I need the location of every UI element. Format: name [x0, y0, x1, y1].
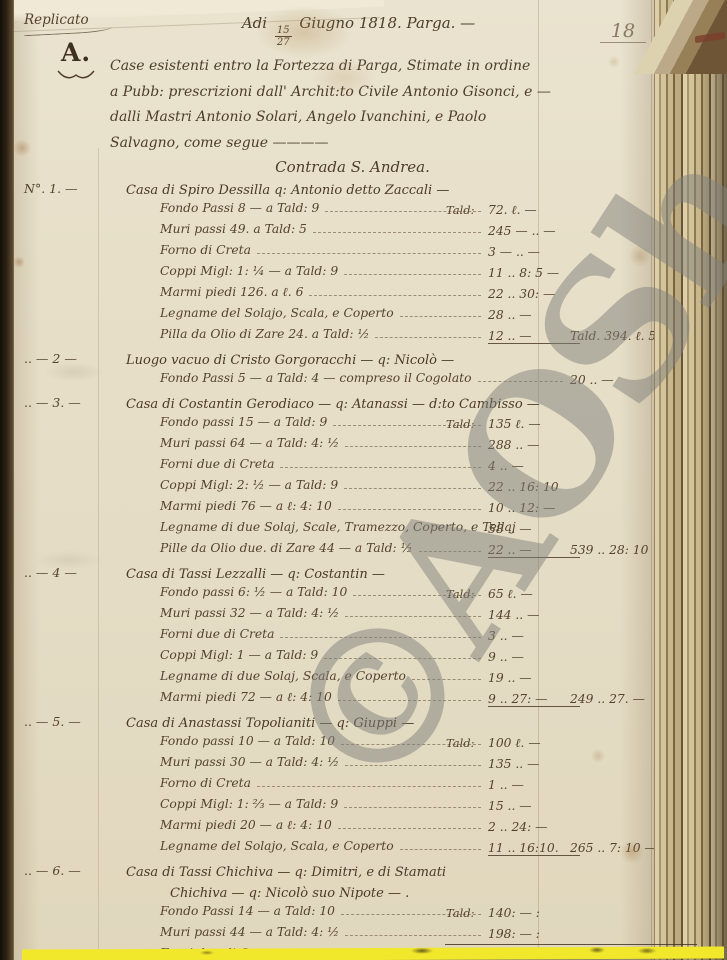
amount-value: 288 .. — — [488, 438, 580, 452]
date-line: Adi 15 27 Giugno 1818. Parga. — — [80, 12, 637, 48]
leader-line — [257, 253, 481, 254]
entry-body: Casa di Spiro Dessilla q: Antonio detto … — [108, 180, 665, 348]
valuation-line: Fondo Passi 14 — a Tald: 10Tald:140: — : — [108, 904, 665, 925]
valuation-line: Muri passi 32 — a Tald: 4: ½144 .. — — [108, 606, 665, 627]
valuation-label: Coppi Migl: 1: ⅔ — a Tald: 9 — [108, 797, 338, 811]
valuation-label: Fondo passi 15 — a Tald: 9 — [108, 415, 327, 429]
valuation-line: Muri passi 44 — a Tald: 4: ½198: — : — [108, 925, 665, 946]
valuation-label: Legname del Solajo, Scala, e Coperto — [108, 839, 394, 853]
entry-title-continued: Chichiva — q: Nicolò suo Nipote — . — [108, 883, 665, 904]
entry-title: Casa di Tassi Chichiva — q: Dimitri, e d… — [108, 862, 665, 883]
entry-number: .. — 2 — — [14, 350, 108, 366]
valuation-line: Pille da Olio due. di Zare 44 — a Tald: … — [108, 541, 665, 562]
valuation-line: Fondo passi 10 — a Tald: 10Tald:100 ℓ. — — [108, 734, 665, 755]
leader-line — [338, 828, 481, 829]
valuation-line: Coppi Migl: 1: ⅔ — a Tald: 915 .. — — [108, 797, 665, 818]
valuation-label: Forni due di Creta — [108, 627, 274, 641]
amount-value: 11 .. 8: 5 — — [488, 266, 580, 280]
intro-line: Case esistenti entro la Fortezza di Parg… — [110, 54, 630, 80]
currency-prefix: Tald: — [446, 587, 475, 601]
intro-line: a Pubb: prescrizioni dall' Archit:to Civ… — [110, 80, 630, 106]
amount-value: 11 .. 16:10. — [488, 841, 580, 856]
entry-body: Casa di Anastassi Topolianiti — q: Giupp… — [108, 713, 665, 860]
amount-value: 3 — .. — — [488, 245, 580, 259]
valuation-label: Fondo Passi 14 — a Tald: 10 — [108, 904, 335, 918]
amount-value: 144 .. — — [488, 608, 580, 622]
valuation-label: Coppi Migl: 1 — a Tald: 9 — [108, 648, 318, 662]
leader-line — [345, 935, 481, 936]
valuation-line: Fondo passi 6: ½ — a Tald: 10Tald:65 ℓ. … — [108, 585, 665, 606]
currency-prefix: Tald: — [446, 203, 475, 217]
intro-line: Salvagno, come segue ———— — [110, 131, 630, 157]
amount-value: 22 .. 16: 10 — [488, 480, 580, 494]
valuation-line: Forno di Creta1 .. — — [108, 776, 665, 797]
intro-paragraph: Case esistenti entro la Fortezza di Parg… — [110, 54, 630, 156]
date-pre: Adi — [242, 14, 267, 32]
valuation-label: Muri passi 49. a Tald: 5 — [108, 222, 307, 236]
valuation-label: Pille da Olio due. di Zare 44 — a Tald: … — [108, 541, 413, 555]
valuation-label: Forno di Creta — [108, 776, 251, 790]
leader-line — [313, 232, 481, 233]
manuscript-page: Replicato A. 18 Adi 15 27 Giugno 1818. P… — [14, 0, 654, 960]
leader-line — [309, 295, 481, 296]
date-fraction-numerator: 15 — [275, 25, 292, 37]
valuation-line: Legname di due Solaj, Scale, Tramezzo, C… — [108, 520, 665, 541]
valuation-line: Muri passi 49. a Tald: 5245 — .. — — [108, 222, 665, 243]
valuation-line: Legname del Solajo, Scala, e Coperto28 .… — [108, 306, 665, 327]
valuation-line: Muri passi 64 — a Tald: 4: ½288 .. — — [108, 436, 665, 457]
flourish-brace — [56, 69, 96, 82]
valuation-line: Coppi Migl: 2: ½ — a Tald: 922 .. 16: 10 — [108, 478, 665, 499]
entry-number: N°. 1. — — [14, 180, 108, 196]
leader-line — [412, 679, 481, 680]
leader-line — [344, 274, 481, 275]
valuation-line: Fondo Passi 5 — a Tald: 4 — compreso il … — [108, 371, 665, 392]
valuation-line: Forni due di Creta3 .. — — [108, 627, 665, 648]
valuation-line: Coppi Migl: 1: ¼ — a Tald: 911 .. 8: 5 — — [108, 264, 665, 285]
valuation-line: Marmi piedi 20 — a ℓ: 4: 102 .. 24: — — [108, 818, 665, 839]
date-fraction: 15 27 — [275, 25, 292, 48]
valuation-label: Marmi piedi 126. a ℓ. 6 — [108, 285, 303, 300]
manuscript-scan: Replicato A. 18 Adi 15 27 Giugno 1818. P… — [0, 0, 727, 960]
amount-value: 58 .. — — [488, 522, 580, 536]
entry-number: .. — 5. — — [14, 713, 108, 729]
valuation-label: Muri passi 30 — a Tald: 4: ½ — [108, 755, 339, 769]
book-gutter-shadow — [0, 0, 14, 960]
currency-prefix: Tald: — [446, 906, 475, 920]
valuation-label: Muri passi 64 — a Tald: 4: ½ — [108, 436, 339, 450]
amount-value: 140: — : — [488, 906, 580, 920]
leader-line — [400, 849, 481, 850]
valuation-label: Coppi Migl: 1: ¼ — a Tald: 9 — [108, 264, 338, 278]
leader-line — [338, 509, 481, 510]
leader-line — [324, 658, 481, 659]
valuation-label: Forni due di Creta — [108, 457, 274, 471]
amount-value: 22 .. — — [488, 543, 580, 558]
entry-body: Casa di Costantin Gerodiaco — q: Atanass… — [108, 394, 665, 562]
date-fraction-denominator: 27 — [275, 37, 292, 48]
leader-line — [344, 807, 481, 808]
entry-title: Luogo vacuo di Cristo Gorgoracchi — q: N… — [108, 350, 665, 371]
currency-prefix: Tald: — [446, 736, 475, 750]
entry-number: .. — 4 — — [14, 564, 108, 580]
amount-value: 10 .. 12: — — [488, 501, 580, 515]
valuation-line: Fondo Passi 8 — a Tald: 9Tald:72. ℓ. — — [108, 201, 665, 222]
amount-value: 1 .. — — [488, 778, 580, 792]
amount-value: 2 .. 24: — — [488, 820, 580, 834]
valuation-label: Coppi Migl: 2: ½ — a Tald: 9 — [108, 478, 338, 492]
entry-2: .. — 2 —Luogo vacuo di Cristo Gorgoracch… — [14, 350, 654, 392]
amount-value: 12 .. — — [488, 329, 580, 344]
amount-value: 9 .. 27: — — [488, 692, 580, 707]
entry-number: .. — 3. — — [14, 394, 108, 410]
valuation-line: Forni due di Creta4 .. — — [108, 457, 665, 478]
amount-value: 9 .. — — [488, 650, 580, 664]
contrada-heading: Contrada S. Andrea. — [74, 156, 631, 178]
leader-line — [419, 551, 481, 552]
valuation-label: Muri passi 44 — a Tald: 4: ½ — [108, 925, 339, 939]
valuation-line: Muri passi 30 — a Tald: 4: ½135 .. — — [108, 755, 665, 776]
yellow-highlight-strip — [22, 946, 724, 960]
valuation-line: Marmi piedi 76 — a ℓ: 4: 1010 .. 12: — — [108, 499, 665, 520]
leader-line — [375, 337, 481, 338]
amount-value: 15 .. — — [488, 799, 580, 813]
fore-edge-pages — [654, 0, 727, 960]
amount-value: 3 .. — — [488, 629, 580, 643]
valuation-line: Marmi piedi 126. a ℓ. 622 .. 30: — — [108, 285, 665, 306]
leader-line — [344, 488, 481, 489]
valuation-label: Pilla da Olio di Zare 24. a Tald: ½ — [108, 327, 369, 341]
valuation-label: Marmi piedi 20 — a ℓ: 4: 10 — [108, 818, 332, 833]
entry-body: Casa di Tassi Lezzalli — q: Costantin —F… — [108, 564, 665, 711]
date-post: Giugno 1818. Parga. — — [299, 14, 475, 32]
leader-line — [345, 446, 481, 447]
leader-line — [345, 765, 481, 766]
entry-3: .. — 3. —Casa di Costantin Gerodiaco — q… — [14, 394, 654, 562]
leader-line — [257, 786, 481, 787]
entry-4: .. — 4 —Casa di Tassi Lezzalli — q: Cost… — [14, 564, 654, 711]
valuation-label: Fondo Passi 8 — a Tald: 9 — [108, 201, 319, 215]
valuation-label: Legname di due Solaj, Scale, Tramezzo, C… — [108, 520, 516, 534]
entry-title: Casa di Spiro Dessilla q: Antonio detto … — [108, 180, 665, 201]
entry-title: Casa di Tassi Lezzalli — q: Costantin — — [108, 564, 665, 585]
intro-line: dalli Mastri Antonio Solari, Angelo Ivan… — [110, 105, 630, 131]
valuation-label: Marmi piedi 76 — a ℓ: 4: 10 — [108, 499, 332, 514]
margin-rule — [98, 148, 99, 960]
valuation-label: Fondo Passi 5 — a Tald: 4 — compreso il … — [108, 371, 472, 385]
amount-value: 72. ℓ. — — [488, 203, 580, 218]
valuation-label: Muri passi 32 — a Tald: 4: ½ — [108, 606, 339, 620]
leader-line — [280, 467, 481, 468]
valuation-label: Legname del Solajo, Scala, e Coperto — [108, 306, 394, 320]
entry-number: .. — 6. — — [14, 862, 108, 878]
valuation-line: Marmi piedi 72 — a ℓ: 4: 109 .. 27: —249… — [108, 690, 665, 711]
amount-value: 4 .. — — [488, 459, 580, 473]
amount-value: 19 .. — — [488, 671, 580, 685]
entry-5: .. — 5. —Casa di Anastassi Topolianiti —… — [14, 713, 654, 860]
valuation-label: Legname di due Solaj, Scala, e Coperto — [108, 669, 406, 683]
leader-line — [478, 381, 563, 382]
amount-value: 28 .. — — [488, 308, 580, 322]
valuation-label: Forno di Creta — [108, 243, 251, 257]
valuation-line: Coppi Migl: 1 — a Tald: 99 .. — — [108, 648, 665, 669]
amount-value: 198: — : — [488, 927, 580, 941]
amount-value: 22 .. 30: — — [488, 287, 580, 301]
currency-prefix: Tald: — [446, 417, 475, 431]
valuation-label: Fondo passi 6: ½ — a Tald: 10 — [108, 585, 347, 599]
valuation-line: Fondo passi 15 — a Tald: 9Tald:135 ℓ. — — [108, 415, 665, 436]
leader-line — [338, 700, 481, 701]
amount-value: 100 ℓ. — — [488, 736, 580, 751]
leader-line — [345, 616, 481, 617]
valuation-line: Legname di due Solaj, Scala, e Coperto19… — [108, 669, 665, 690]
entry-body: Luogo vacuo di Cristo Gorgoracchi — q: N… — [108, 350, 665, 392]
entry-1: N°. 1. —Casa di Spiro Dessilla q: Antoni… — [14, 180, 654, 348]
amount-value: 135 .. — — [488, 757, 580, 771]
entry-title: Casa di Costantin Gerodiaco — q: Atanass… — [108, 394, 665, 415]
leader-line — [400, 316, 481, 317]
valuation-line: Pilla da Olio di Zare 24. a Tald: ½12 ..… — [108, 327, 665, 348]
amount-value: 135 ℓ. — — [488, 417, 580, 432]
valuation-line: Forno di Creta3 — .. — — [108, 243, 665, 264]
leader-line — [280, 637, 481, 638]
valuation-line: Legname del Solajo, Scala, e Coperto11 .… — [108, 839, 665, 860]
amount-value: 245 — .. — — [488, 224, 580, 238]
valuation-label: Fondo passi 10 — a Tald: 10 — [108, 734, 335, 748]
valuation-label: Marmi piedi 72 — a ℓ: 4: 10 — [108, 690, 332, 705]
entries: N°. 1. —Casa di Spiro Dessilla q: Antoni… — [14, 180, 654, 960]
amount-value: 65 ℓ. — — [488, 587, 580, 602]
entry-title: Casa di Anastassi Topolianiti — q: Giupp… — [108, 713, 665, 734]
